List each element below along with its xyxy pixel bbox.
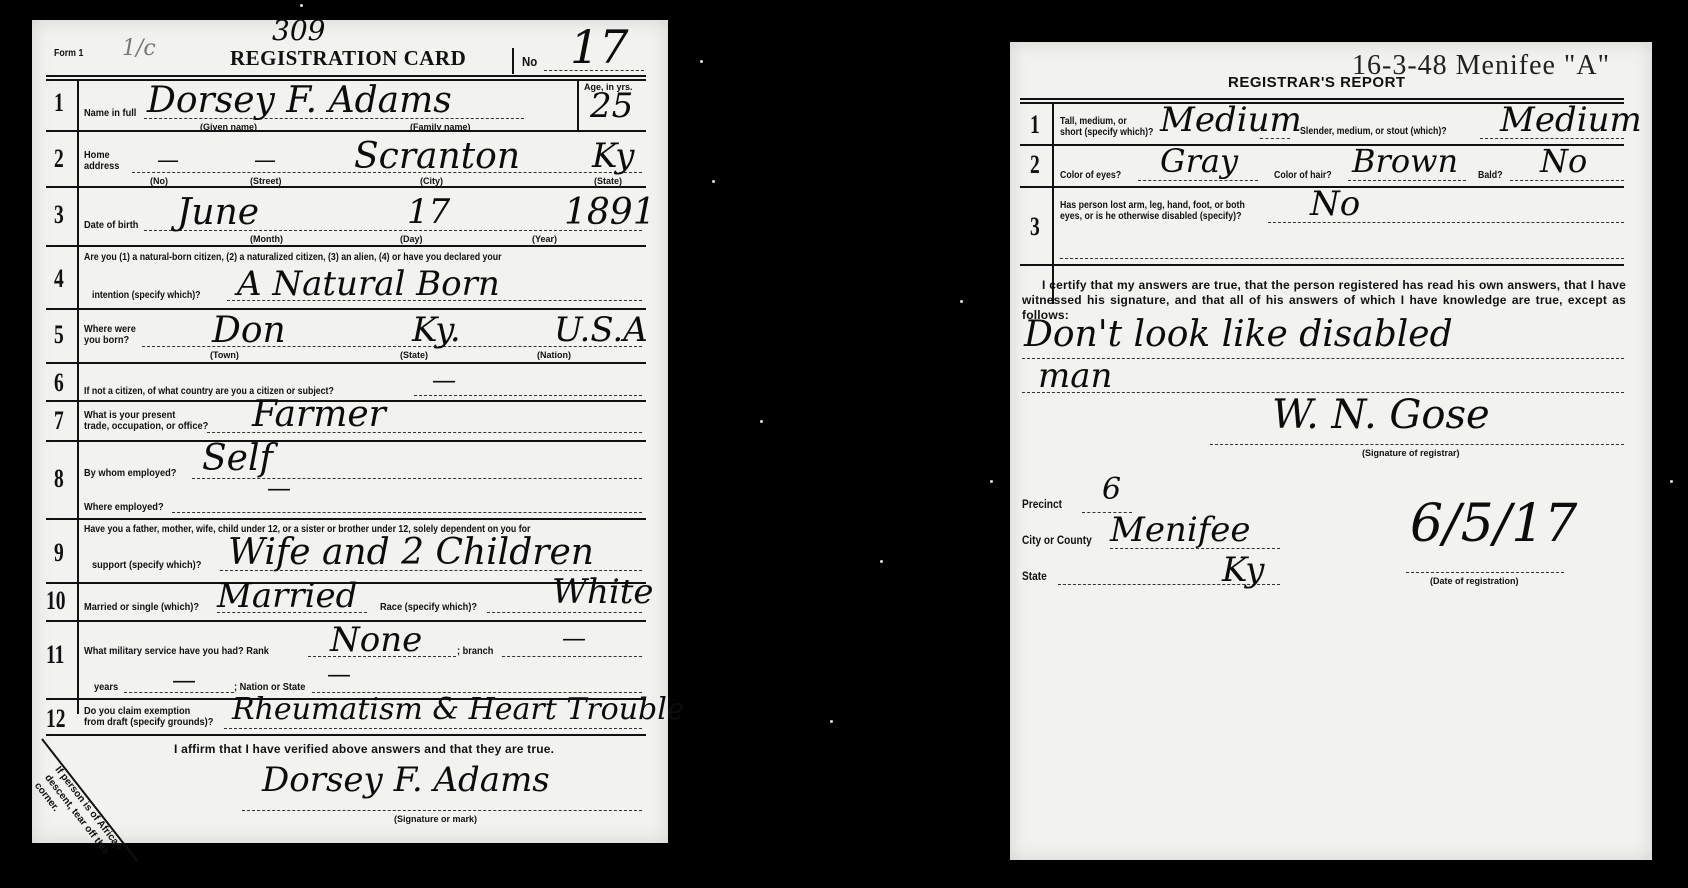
row-number-divider [1052,104,1054,304]
row-rule [46,734,646,736]
dob-label: Date of birth [84,220,138,231]
disability-line-2 [1060,258,1624,259]
name-label: Name in full [84,108,136,119]
row-number: 5 [54,320,64,350]
town-caption: (Town) [210,350,239,360]
birth-state-value[interactable]: Ky. [412,310,461,350]
age-divider [577,80,579,130]
number-label: No [522,56,537,67]
age-value[interactable]: 25 [590,86,633,126]
row-rule [46,130,646,132]
row-number: 8 [54,464,64,494]
row-number: 2 [1030,150,1040,180]
row-number: 1 [54,88,64,118]
row-number-divider [77,80,79,714]
divider [512,48,514,74]
height-value[interactable]: Medium [1160,100,1302,140]
exemption-label-2: from draft (specify grounds)? [84,717,213,728]
registrar-signature-line [1210,444,1624,445]
dob-year-value[interactable]: 1891 [564,192,656,233]
row-rule [1020,144,1624,146]
rank-value[interactable]: None [330,620,422,660]
race-value[interactable]: White [552,572,654,612]
exemption-line [224,728,642,729]
employer-value[interactable]: Self [202,438,273,479]
registration-date-caption: (Date of registration) [1430,576,1519,586]
state-caption: (State) [594,176,622,186]
dust-speck [712,180,715,183]
year-caption: (Year) [532,234,557,244]
row-number: 12 [46,704,66,734]
registrar-caption: (Signature of registrar) [1362,448,1460,458]
marital-value[interactable]: Married [217,576,357,616]
dob-day-value[interactable]: 17 [407,192,450,232]
row-number: 2 [54,144,64,174]
years-value[interactable]: — [172,666,196,694]
bald-label: Bald? [1478,170,1502,181]
no-caption: (No) [150,176,168,186]
name-value[interactable]: Dorsey F. Adams [147,80,452,121]
signature-line [242,810,642,811]
military-label: What military service have you had? Rank [84,646,269,657]
address-city-value[interactable]: Scranton [354,136,520,177]
birth-nation-value[interactable]: U.S.A [554,310,648,350]
build-label: Slender, medium, or stout (which)? [1300,126,1447,137]
foreign-country-line [414,395,642,396]
hair-color-line [1348,180,1466,181]
disability-label-2: eyes, or is he otherwise disabled (speci… [1060,211,1241,222]
occupation-value[interactable]: Farmer [252,394,386,435]
dust-speck [990,480,993,483]
row-rule [46,518,646,520]
dust-speck [760,420,763,423]
years-label: years [94,682,118,693]
race-label: Race (specify which)? [380,602,477,613]
row-number: 3 [1030,212,1040,242]
row-number: 4 [54,264,64,294]
row-rule [46,440,646,442]
dust-speck [880,560,883,563]
city-caption: (City) [420,176,443,186]
row-number: 1 [1030,110,1040,140]
row-number: 6 [54,368,64,398]
eye-color-line [1138,180,1258,181]
corner-scribble: 1/c [122,36,156,61]
precinct-value[interactable]: 6 [1102,472,1121,507]
citizenship-value[interactable]: A Natural Born [237,264,500,304]
height-label: Tall, medium, or [1060,116,1127,127]
marital-label: Married or single (which)? [84,602,199,613]
occupation-label-2: trade, occupation, or office? [84,421,208,432]
state-value[interactable]: Ky [1222,550,1264,590]
address-label: address [84,161,119,172]
registrant-signature[interactable]: Dorsey F. Adams [262,760,550,800]
hair-color-label: Color of hair? [1274,170,1332,181]
eye-color-label: Color of eyes? [1060,170,1121,181]
registration-card: Form 1 1/c 309 REGISTRATION CARD No 17 1… [32,20,668,843]
dust-speck [1670,480,1673,483]
build-value[interactable]: Medium [1500,100,1642,140]
street-caption: (Street) [250,176,282,186]
dob-month-value[interactable]: June [177,192,259,233]
report-stamp: 16-3-48 Menifee "A" [1352,50,1610,82]
signature-caption: (Signature or mark) [394,814,477,824]
branch-value[interactable]: — [562,624,586,652]
disability-value[interactable]: No [1310,184,1360,224]
branch-label: ; branch [457,646,493,657]
dependents-label: support (specify which)? [92,560,201,571]
row-rule [1020,264,1624,266]
employer-label: By whom employed? [84,468,176,479]
dust-speck [700,60,703,63]
dust-speck [830,720,833,723]
address-no-value[interactable]: — [157,148,179,173]
registration-date-value[interactable]: 6/5/17 [1410,494,1577,554]
number-value: 17 [570,20,629,74]
row-number: 10 [46,586,66,616]
row-number: 9 [54,538,64,568]
where-employed-line [172,512,642,513]
where-employed-label: Where employed? [84,502,164,513]
tear-off-note: If person is of African descent, tear of… [31,764,129,875]
exceptions-line-2[interactable]: man [1038,356,1112,396]
exceptions-line-1[interactable]: Don't look like disabled [1024,314,1453,355]
row-number: 11 [46,640,64,670]
registration-date-line [1406,572,1564,573]
day-caption: (Day) [400,234,423,244]
header-mark: 309 [272,14,325,47]
where-employed-value[interactable]: — [267,474,291,502]
card-title: REGISTRATION CARD [230,46,466,71]
dust-speck [960,300,963,303]
foreign-country-value[interactable]: — [432,366,456,394]
height-label-2: short (specify which)? [1060,127,1153,138]
form-label: Form 1 [54,48,83,59]
row-number: 3 [54,200,64,230]
state-label: State [1022,572,1047,583]
nation-caption: (Nation) [537,350,571,360]
county-label: City or County [1022,536,1092,547]
bald-value[interactable]: No [1540,142,1587,180]
address-street-value[interactable]: — [254,148,276,173]
race-line [487,612,642,613]
dependents-value[interactable]: Wife and 2 Children [228,532,594,573]
registrar-signature[interactable]: W. N. Gose [1272,392,1490,438]
row-rule [46,186,646,188]
citizenship-question: Are you (1) a natural-born citizen, (2) … [84,252,502,263]
birthplace-label-2: you born? [84,335,129,346]
row-rule [46,362,646,364]
height-line [1260,138,1290,139]
address-state-value[interactable]: Ky [592,136,634,176]
bald-line [1510,180,1624,181]
month-caption: (Month) [250,234,283,244]
citizenship-label: intention (specify which)? [92,290,201,301]
birth-town-value[interactable]: Don [212,310,286,351]
dust-speck [300,4,303,7]
eye-color-value[interactable]: Gray [1160,142,1238,180]
row-rule [46,245,646,247]
disability-label: Has person lost arm, leg, hand, foot, or… [1060,200,1245,211]
state-caption: (State) [400,350,428,360]
branch-line [502,656,642,657]
precinct-label: Precinct [1022,500,1062,511]
affirm-text: I affirm that I have verified above answ… [174,742,554,757]
registrars-report-card: REGISTRAR'S REPORT 16-3-48 Menifee "A" 1… [1010,42,1652,860]
exemption-value[interactable]: Rheumatism & Heart Trouble [232,692,685,727]
row-number: 7 [54,406,64,436]
nation-state-value[interactable]: — [327,660,351,688]
county-value[interactable]: Menifee [1110,510,1251,550]
hair-color-value[interactable]: Brown [1352,142,1458,180]
